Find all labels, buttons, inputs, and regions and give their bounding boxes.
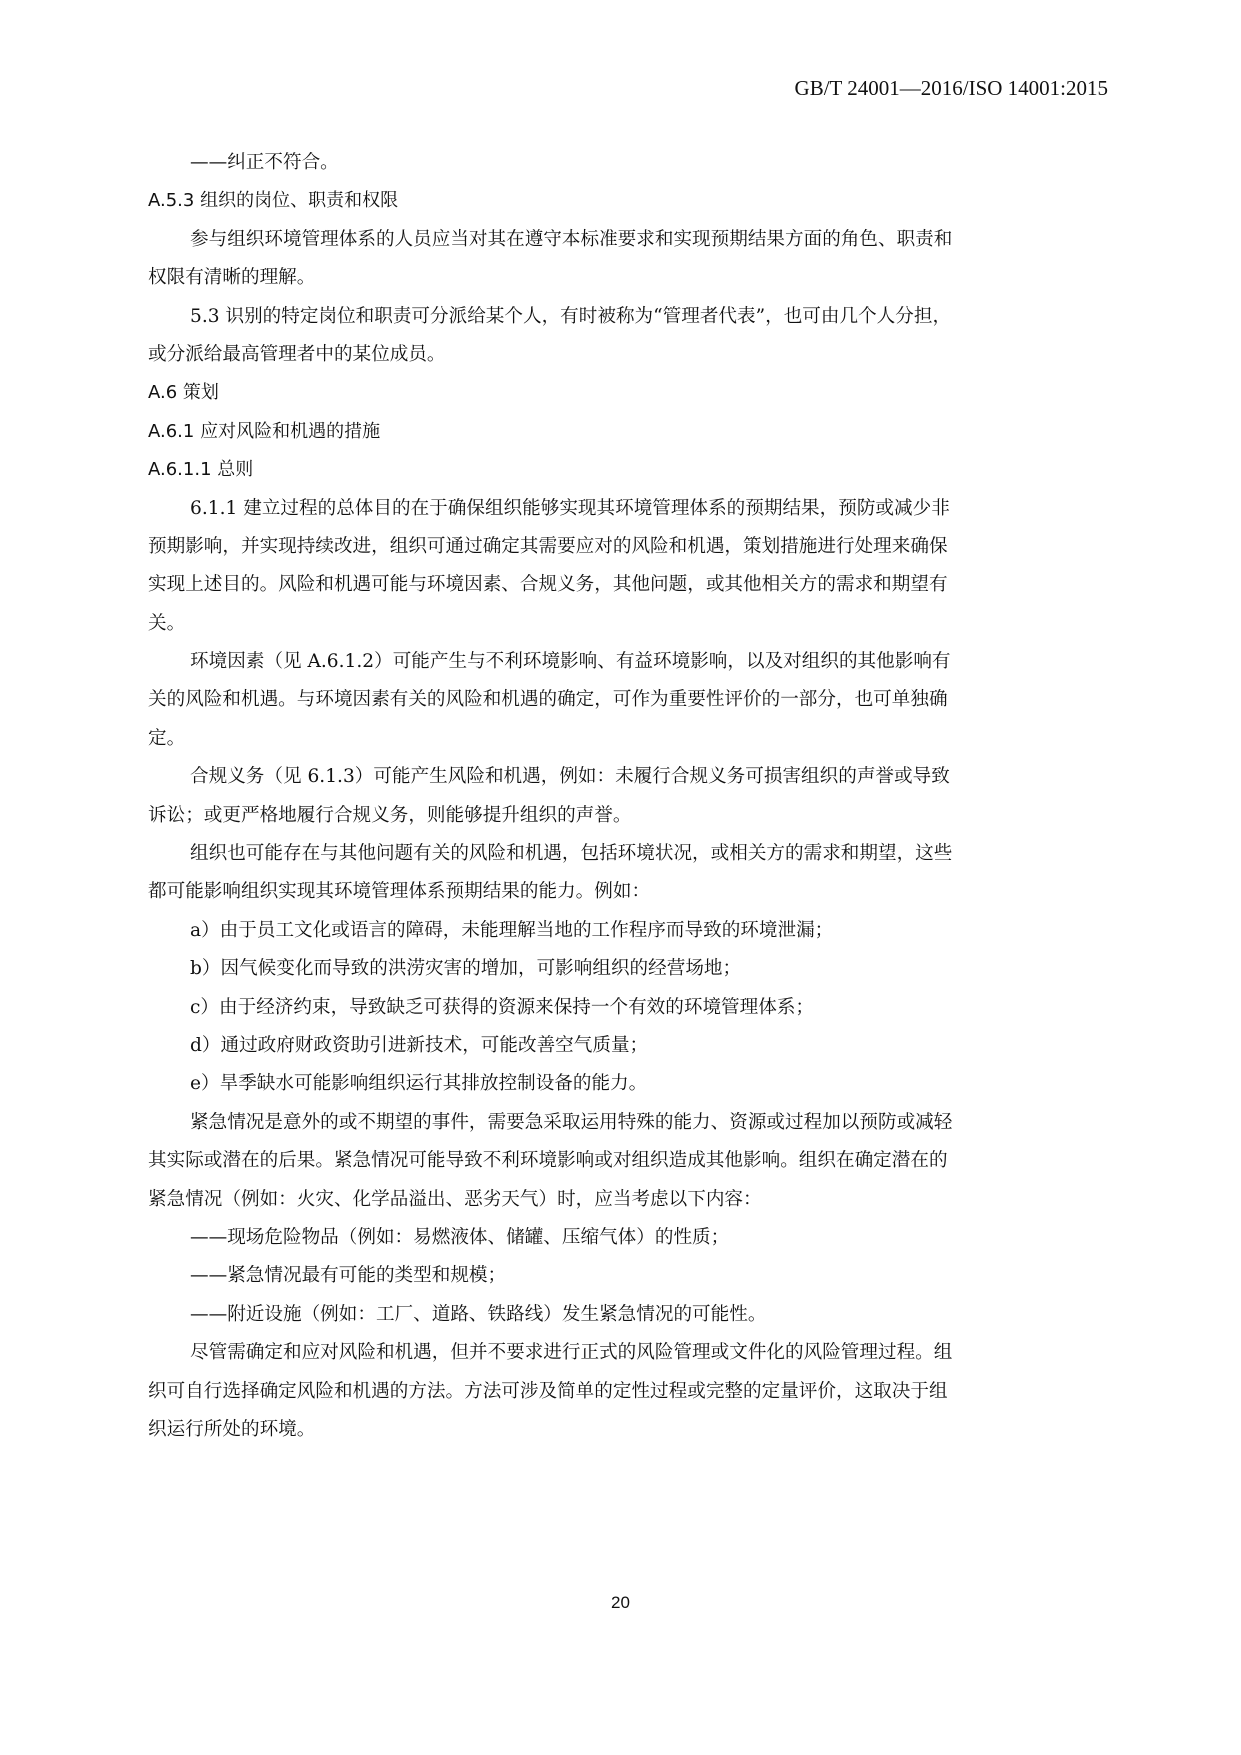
dash-list-item: ——纠正不符合。 (148, 144, 1088, 182)
paragraph-continuation-line: 权限有清晰的理解。 (148, 259, 1088, 297)
paragraph-continuation-line: 织运行所处的环境。 (148, 1411, 1088, 1449)
section-heading: A.6 策划 (148, 374, 1088, 412)
paragraph-continuation-line: 关的风险和机遇。与环境因素有关的风险和机遇的确定，可作为重要性评价的一部分，也可… (148, 681, 1088, 719)
paragraph-first-line: 紧急情况是意外的或不期望的事件，需要急采取运用特殊的能力、资源或过程加以预防或减… (148, 1104, 1088, 1142)
paragraph-first-line: 组织也可能存在与其他问题有关的风险和机遇，包括环境状况，或相关方的需求和期望，这… (148, 835, 1088, 873)
lettered-list-item: c）由于经济约束，导致缺乏可获得的资源来保持一个有效的环境管理体系； (148, 989, 1088, 1027)
paragraph-first-line: 5.3 识别的特定岗位和职责可分派给某个人，有时被称为“管理者代表”，也可由几个… (148, 298, 1088, 336)
section-heading: A.5.3 组织的岗位、职责和权限 (148, 182, 1088, 220)
dash-list-item: ——现场危险物品（例如：易燃液体、储罐、压缩气体）的性质； (148, 1219, 1088, 1257)
paragraph-continuation-line: 或分派给最高管理者中的某位成员。 (148, 336, 1088, 374)
document-header-standard-code: GB/T 24001—2016/ISO 14001:2015 (795, 76, 1108, 101)
lettered-list-item: e）旱季缺水可能影响组织运行其排放控制设备的能力。 (148, 1065, 1088, 1103)
paragraph-first-line: 合规义务（见 6.1.3）可能产生风险和机遇，例如：未履行合规义务可损害组织的声… (148, 758, 1088, 796)
paragraph-continuation-line: 诉讼；或更严格地履行合规义务，则能够提升组织的声誉。 (148, 797, 1088, 835)
section-heading: A.6.1 应对风险和机遇的措施 (148, 413, 1088, 451)
dash-list-item: ——紧急情况最有可能的类型和规模； (148, 1257, 1088, 1295)
section-heading: A.6.1.1 总则 (148, 451, 1088, 489)
paragraph-first-line: 尽管需确定和应对风险和机遇，但并不要求进行正式的风险管理或文件化的风险管理过程。… (148, 1334, 1088, 1372)
paragraph-first-line: 环境因素（见 A.6.1.2）可能产生与不利环境影响、有益环境影响，以及对组织的… (148, 643, 1088, 681)
paragraph-continuation-line: 织可自行选择确定风险和机遇的方法。方法可涉及简单的定性过程或完整的定量评价，这取… (148, 1373, 1088, 1411)
document-body: ——纠正不符合。A.5.3 组织的岗位、职责和权限参与组织环境管理体系的人员应当… (148, 144, 1088, 1449)
page-number: 20 (0, 1593, 1241, 1613)
dash-list-item: ——附近设施（例如：工厂、道路、铁路线）发生紧急情况的可能性。 (148, 1296, 1088, 1334)
paragraph-continuation-line: 关。 (148, 605, 1088, 643)
lettered-list-item: b）因气候变化而导致的洪涝灾害的增加，可影响组织的经营场地； (148, 950, 1088, 988)
paragraph-first-line: 参与组织环境管理体系的人员应当对其在遵守本标准要求和实现预期结果方面的角色、职责… (148, 221, 1088, 259)
lettered-list-item: a）由于员工文化或语言的障碍，未能理解当地的工作程序而导致的环境泄漏； (148, 912, 1088, 950)
paragraph-continuation-line: 都可能影响组织实现其环境管理体系预期结果的能力。例如： (148, 873, 1088, 911)
lettered-list-item: d）通过政府财政资助引进新技术，可能改善空气质量； (148, 1027, 1088, 1065)
paragraph-continuation-line: 紧急情况（例如：火灾、化学品溢出、恶劣天气）时，应当考虑以下内容： (148, 1181, 1088, 1219)
paragraph-continuation-line: 实现上述目的。风险和机遇可能与环境因素、合规义务，其他问题，或其他相关方的需求和… (148, 566, 1088, 604)
paragraph-continuation-line: 定。 (148, 720, 1088, 758)
paragraph-continuation-line: 预期影响，并实现持续改进，组织可通过确定其需要应对的风险和机遇，策划措施进行处理… (148, 528, 1088, 566)
paragraph-continuation-line: 其实际或潜在的后果。紧急情况可能导致不利环境影响或对组织造成其他影响。组织在确定… (148, 1142, 1088, 1180)
paragraph-first-line: 6.1.1 建立过程的总体目的在于确保组织能够实现其环境管理体系的预期结果，预防… (148, 490, 1088, 528)
